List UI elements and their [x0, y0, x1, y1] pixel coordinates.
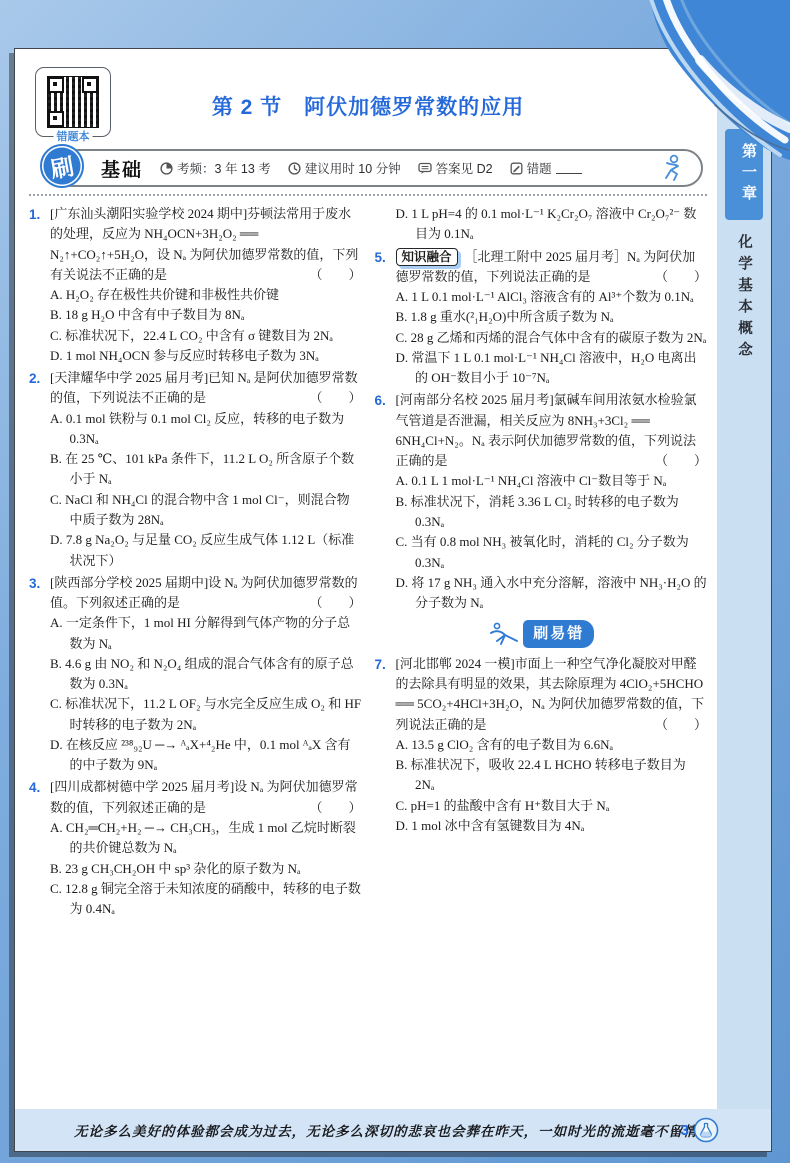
section-number: 第 2 节	[212, 96, 282, 119]
qr-box: 错题本	[35, 67, 111, 137]
page-title: 第 2 节阿伏加德罗常数的应用	[27, 59, 709, 121]
problem-stem: [天津耀华中学 2025 届月考]已知 Nₐ 是阿伏加德罗常数的值，下列说法不正…	[50, 368, 362, 409]
pie-chart-icon	[160, 162, 173, 175]
problem-number: 1.	[29, 204, 50, 366]
problem-body: [陕西部分学校 2025 届期中]设 Nₐ 为阿伏加德罗常数的值。下列叙述正确的…	[50, 573, 362, 776]
problem-option: A. 0.1 mol 铁粉与 0.1 mol Cl₂ 反应，转移的电子数为 0.…	[50, 409, 362, 450]
problem-option: A. 0.1 L 1 mol·L⁻¹ NH₄Cl 溶液中 Cl⁻数目等于 Nₐ	[396, 471, 708, 491]
problem-option: C. 28 g 乙烯和丙烯的混合气体中含有的碳原子数为 2Nₐ	[396, 328, 708, 348]
stat-answer: 答案见 D2	[418, 159, 493, 177]
problem-stem: [广东汕头潮阳实验学校 2024 期中]芬顿法常用于废水的处理，反应为 NH₄O…	[50, 204, 362, 285]
qr-finder-icon	[82, 77, 98, 93]
fill-in-blank	[556, 162, 582, 174]
problem-option: A. 一定条件下，1 mol HI 分解得到气体产物的分子总数为 Nₐ	[50, 613, 362, 654]
problem-option: C. NaCl 和 NH₄Cl 的混合物中含 1 mol Cl⁻，则混合物中质子…	[50, 490, 362, 531]
problem-block: 2.[天津耀华中学 2025 届月考]已知 Nₐ 是阿伏加德罗常数的值，下列说法…	[29, 368, 362, 571]
page-content: 错题本 第 2 节阿伏加德罗常数的应用 刷 基础 考频：3 年 13 考 建议用…	[15, 49, 717, 1109]
problem-option: A. CH₂═CH₂+H₂ ─→ CH₃CH₃，生成 1 mol 乙烷时断裂的共…	[50, 818, 362, 859]
problem-option: B. 标准状况下，吸收 22.4 L HCHO 转移电子数目为 2Nₐ	[396, 755, 708, 796]
hand-doodle-icon	[487, 621, 521, 647]
chapter-name: 化学基本概念	[733, 234, 755, 363]
problem-body: 知识融合［北理工附中 2025 届月考］Nₐ 为阿伏加德罗常数的值，下列说法正确…	[396, 247, 708, 389]
problem-option: B. 4.6 g 由 NO₂ 和 N₂O₄ 组成的混合气体含有的原子总数为 0.…	[50, 654, 362, 695]
problem-number: 6.	[375, 390, 396, 613]
page-number: 3	[681, 1122, 689, 1139]
problem-body: [四川成都树德中学 2025 届月考]设 Nₐ 为阿伏加德罗常数的值，下列叙述正…	[50, 777, 362, 919]
speech-bubble-icon	[418, 162, 432, 175]
section-title: 阿伏加德罗常数的应用	[304, 96, 524, 119]
problem-body: [河北邯郸 2024 一模]市面上一种空气净化凝胶对甲醛的去除具有明显的效果，其…	[396, 654, 708, 836]
flask-icon	[693, 1117, 719, 1143]
band-level-label: 基础	[101, 155, 143, 182]
problem-block: 3.[陕西部分学校 2025 届期中]设 Nₐ 为阿伏加德罗常数的值。下列叙述正…	[29, 573, 362, 776]
problem-option: A. H₂O₂ 存在极性共价键和非极性共价键	[50, 285, 362, 305]
problem-option: D. 在核反应 ²³⁸₉₂U ─→ ᴬₐX+⁴₂He 中，0.1 mol ᴬₐX…	[50, 735, 362, 776]
problem-option: D. 1 mol 冰中含有氢键数目为 4Nₐ	[396, 816, 708, 836]
brush-logo-icon: 刷	[37, 141, 88, 192]
problem-option: B. 标准状况下，消耗 3.36 L Cl₂ 时转移的电子数为 0.3Nₐ	[396, 492, 708, 533]
problem-option: C. 标准状况下，22.4 L CO₂ 中含有 σ 键数目为 2Nₐ	[50, 326, 362, 346]
problem-number: 7.	[375, 654, 396, 836]
problem-block: 7.[河北邯郸 2024 一模]市面上一种空气净化凝胶对甲醛的去除具有明显的效果…	[375, 654, 708, 836]
problem-number	[375, 204, 396, 245]
problem-body: D. 1 L pH=4 的 0.1 mol·L⁻¹ K₂Cr₂O₇ 溶液中 Cr…	[396, 204, 708, 245]
problem-stem: [河南部分名校 2025 届月考]氯碱车间用浓氨水检验氯气管道是否泄漏，相关反应…	[396, 390, 708, 471]
stat-wrong-text: 错题	[527, 159, 552, 177]
answer-paren: （ ）	[309, 798, 361, 818]
problem-option: B. 23 g CH₃CH₂OH 中 sp³ 杂化的原子数为 Nₐ	[50, 859, 362, 879]
qr-finder-icon	[48, 77, 64, 93]
qr-code	[48, 77, 98, 127]
problem-option: D. 将 17 g NH₃ 通入水中充分溶解，溶液中 NH₃·H₂O 的分子数为…	[396, 573, 708, 614]
page-header: 错题本 第 2 节阿伏加德罗常数的应用	[27, 59, 709, 145]
stat-frequency-text: 考频：3 年 13 考	[177, 159, 271, 177]
clock-icon	[288, 162, 301, 175]
answer-paren: （ ）	[655, 715, 707, 735]
footer-quote: 无论多么美好的体验都会成为过去，无论多么深切的悲哀也会葬在昨天，一如时光的流逝毫…	[74, 1120, 712, 1140]
problem-number: 5.	[375, 247, 396, 389]
problem-option: C. 12.8 g 铜完全溶于未知浓度的硝酸中，转移的电子数为 0.4Nₐ	[50, 879, 362, 920]
problem-stem: [四川成都树德中学 2025 届月考]设 Nₐ 为阿伏加德罗常数的值，下列叙述正…	[50, 777, 362, 818]
stat-time: 建议用时 10 分钟	[288, 159, 401, 177]
problem-block: 4.[四川成都树德中学 2025 届月考]设 Nₐ 为阿伏加德罗常数的值，下列叙…	[29, 777, 362, 919]
answer-paren: （ ）	[309, 265, 361, 285]
problem-option: B. 18 g H₂O 中含有中子数目为 8Nₐ	[50, 305, 362, 325]
problem-option: D. 常温下 1 L 0.1 mol·L⁻¹ NH₄Cl 溶液中，H₂O 电离出…	[396, 348, 708, 389]
answer-paren: （ ）	[655, 451, 707, 471]
problem-stem: 知识融合［北理工附中 2025 届月考］Nₐ 为阿伏加德罗常数的值，下列说法正确…	[396, 247, 708, 288]
problem-option: D. 7.8 g Na₂O₂ 与足量 CO₂ 反应生成气体 1.12 L（标准状…	[50, 530, 362, 571]
answer-paren: （ ）	[309, 593, 361, 613]
problem-stem: [陕西部分学校 2025 届期中]设 Nₐ 为阿伏加德罗常数的值。下列叙述正确的…	[50, 573, 362, 614]
problem-body: [河南部分名校 2025 届月考]氯碱车间用浓氨水检验氯气管道是否泄漏，相关反应…	[396, 390, 708, 613]
chapter-side-strip: 第一章 化学基本概念	[717, 49, 771, 1151]
problem-option: B. 1.8 g 重水(²₁H₂O)中所含质子数为 Nₐ	[396, 307, 708, 327]
knowledge-fusion-tag: 知识融合	[396, 248, 458, 267]
problem-option: D. 1 mol NH₄OCN 参与反应时转移电子数为 3Nₐ	[50, 346, 362, 366]
problem-option: A. 13.5 g ClO₂ 含有的电子数目为 6.6Nₐ	[396, 735, 708, 755]
problem-continuation: D. 1 L pH=4 的 0.1 mol·L⁻¹ K₂Cr₂O₇ 溶液中 Cr…	[375, 204, 708, 245]
answer-paren: （ ）	[309, 388, 361, 408]
note-icon	[510, 162, 523, 175]
stat-wrong: 错题	[510, 159, 582, 177]
problem-number: 4.	[29, 777, 50, 919]
problem-option: C. pH=1 的盐酸中含有 H⁺数目大于 Nₐ	[396, 796, 708, 816]
qr-label: 错题本	[54, 128, 93, 144]
problem-option: C. 当有 0.8 mol NH₃ 被氧化时，消耗的 Cl₂ 分子数为 0.3N…	[396, 532, 708, 573]
left-column: 1.[广东汕头潮阳实验学校 2024 期中]芬顿法常用于废水的处理，反应为 NH…	[29, 204, 362, 921]
level-band: 刷 基础 考频：3 年 13 考 建议用时 10 分钟 答案见 D2 错题	[47, 149, 703, 187]
problem-option: C. 标准状况下，11.2 L OF₂ 与水完全反应生成 O₂ 和 HF 时转移…	[50, 694, 362, 735]
stat-time-text: 建议用时 10 分钟	[305, 159, 401, 177]
stat-answer-text: 答案见 D2	[436, 159, 493, 177]
problem-number: 2.	[29, 368, 50, 571]
problem-option: D. 1 L pH=4 的 0.1 mol·L⁻¹ K₂Cr₂O₇ 溶液中 Cr…	[396, 204, 708, 245]
right-column: D. 1 L pH=4 的 0.1 mol·L⁻¹ K₂Cr₂O₇ 溶液中 Cr…	[375, 204, 708, 921]
runner-doodle-icon	[657, 153, 687, 183]
problem-block: 6.[河南部分名校 2025 届月考]氯碱车间用浓氨水检验氯气管道是否泄漏，相关…	[375, 390, 708, 613]
problem-option: A. 1 L 0.1 mol·L⁻¹ AlCl₃ 溶液含有的 Al³⁺个数为 0…	[396, 287, 708, 307]
book-page: 第一章 化学基本概念 无论多么美好的体验都会成为过去，无论多么深切的悲哀也会葬在…	[14, 48, 772, 1152]
qr-finder-icon	[48, 111, 64, 127]
problem-stem: [河北邯郸 2024 一模]市面上一种空气净化凝胶对甲醛的去除具有明显的效果，其…	[396, 654, 708, 735]
answer-paren: （ ）	[655, 267, 707, 287]
problem-body: [天津耀华中学 2025 届月考]已知 Nₐ 是阿伏加德罗常数的值，下列说法不正…	[50, 368, 362, 571]
stat-frequency: 考频：3 年 13 考	[160, 159, 271, 177]
footer-page: 3	[681, 1117, 719, 1143]
dotted-divider	[29, 194, 707, 196]
footer-band: 无论多么美好的体验都会成为过去，无论多么深切的悲哀也会葬在昨天，一如时光的流逝毫…	[15, 1109, 771, 1151]
problem-option: B. 在 25 ℃、101 kPa 条件下，11.2 L O₂ 所含原子个数小于…	[50, 449, 362, 490]
problem-number: 3.	[29, 573, 50, 776]
error-prone-badge-row: 刷易错	[375, 620, 708, 647]
problem-block: 1.[广东汕头潮阳实验学校 2024 期中]芬顿法常用于废水的处理，反应为 NH…	[29, 204, 362, 366]
chapter-tab: 第一章	[725, 129, 763, 220]
problem-body: [广东汕头潮阳实验学校 2024 期中]芬顿法常用于废水的处理，反应为 NH₄O…	[50, 204, 362, 366]
problem-block: 5.知识融合［北理工附中 2025 届月考］Nₐ 为阿伏加德罗常数的值，下列说法…	[375, 247, 708, 389]
problem-columns: 1.[广东汕头潮阳实验学校 2024 期中]芬顿法常用于废水的处理，反应为 NH…	[27, 200, 709, 921]
error-prone-badge-label: 刷易错	[523, 620, 594, 647]
